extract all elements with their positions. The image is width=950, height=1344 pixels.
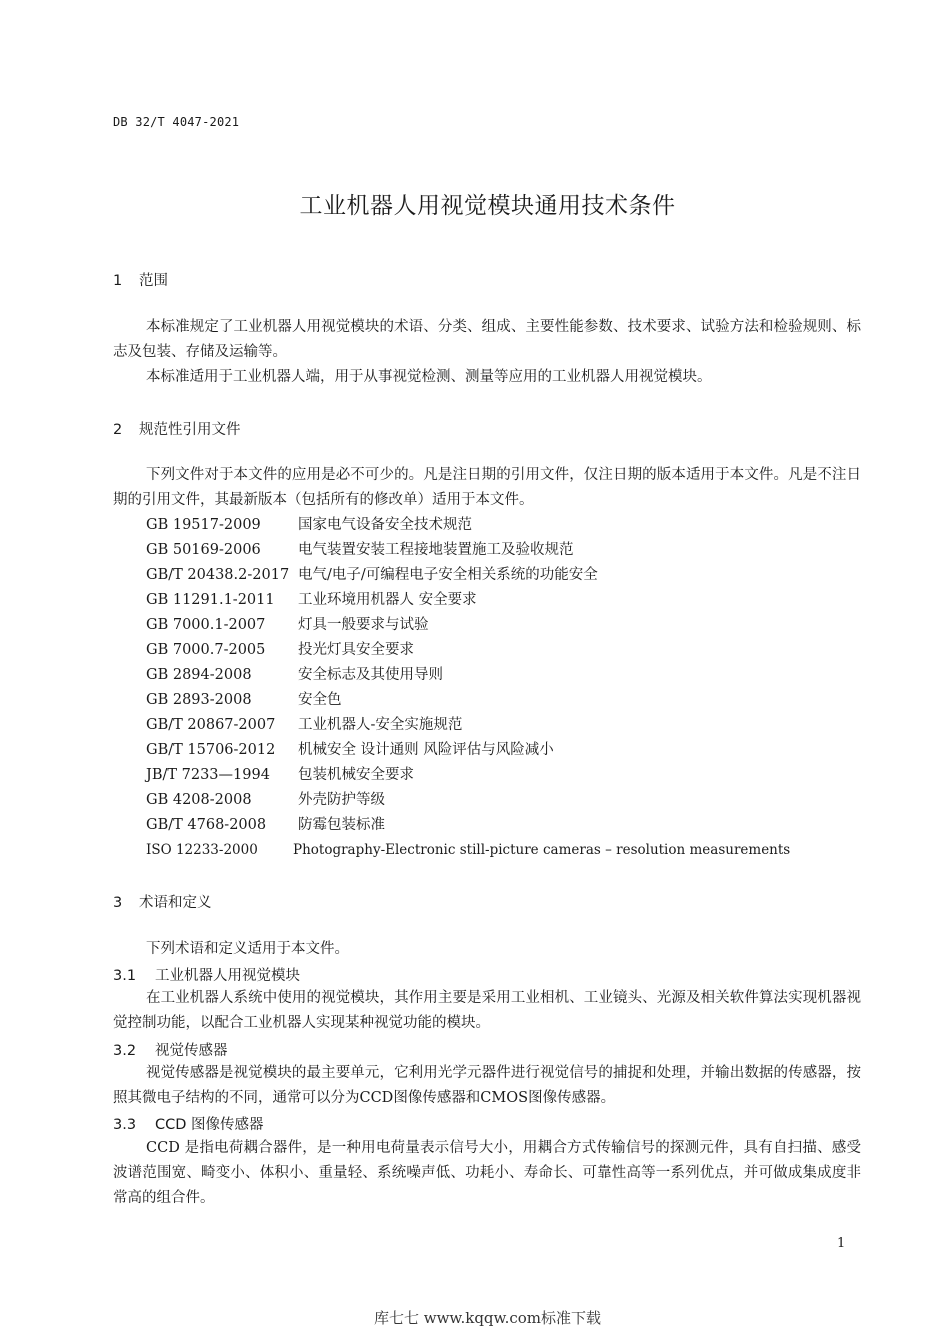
page-title: 工业机器人用视觉模块通用技术条件 (0, 187, 950, 220)
reference-item: GB 2894-2008安全标志及其使用导则 (146, 663, 443, 688)
reference-code: GB 2893-2008 (146, 688, 298, 713)
term-definition: 在工业机器人系统中使用的视觉模块，其作用主要是采用工业相机、工业镜头、光源及相关… (113, 986, 861, 1036)
reference-item: GB 4208-2008外壳防护等级 (146, 788, 385, 813)
reference-code: GB 7000.1-2007 (146, 613, 298, 638)
reference-title: 电气装置安装工程接地装置施工及验收规范 (298, 538, 574, 563)
reference-title: 灯具一般要求与试验 (298, 613, 429, 638)
reference-title: 安全色 (298, 688, 342, 713)
reference-code: GB 50169-2006 (146, 538, 298, 563)
reference-title: Photography-Electronic still-picture cam… (293, 838, 790, 863)
section-title: 术语和定义 (139, 895, 212, 911)
reference-code: GB 7000.7-2005 (146, 638, 298, 663)
reference-code: JB/T 7233—1994 (146, 763, 298, 788)
reference-code: GB 19517-2009 (146, 513, 298, 538)
reference-code: GB/T 15706-2012 (146, 738, 298, 763)
paragraph: 下列术语和定义适用于本文件。 (113, 937, 861, 962)
reference-code: GB/T 4768-2008 (146, 813, 298, 838)
reference-item: ISO 12233-2000Photography-Electronic sti… (146, 838, 790, 863)
reference-item: GB 11291.1-2011工业环境用机器人 安全要求 (146, 588, 477, 613)
reference-title: 国家电气设备安全技术规范 (298, 513, 472, 538)
document-code: DB 32/T 4047-2021 (113, 115, 239, 129)
reference-item: GB/T 20438.2-2017电气/电子/可编程电子安全相关系统的功能安全 (146, 563, 598, 588)
reference-title: 外壳防护等级 (298, 788, 385, 813)
term-3-1-heading: 3.1工业机器人用视觉模块 (113, 964, 300, 985)
section-number: 3 (113, 895, 139, 911)
section-number: 1 (113, 273, 139, 289)
paragraph: 本标准规定了工业机器人用视觉模块的术语、分类、组成、主要性能参数、技术要求、试验… (113, 315, 861, 365)
reference-code: ISO 12233-2000 (146, 838, 293, 863)
reference-title: 包装机械安全要求 (298, 763, 414, 788)
term-definition: 视觉传感器是视觉模块的最主要单元，它利用光学元器件进行视觉信号的捕捉和处理，并输… (113, 1061, 861, 1111)
term-definition: CCD 是指电荷耦合器件，是一种用电荷量表示信号大小，用耦合方式传输信号的探测元… (113, 1136, 861, 1211)
section-1-heading: 1范围 (113, 269, 168, 290)
term-number: 3.2 (113, 1043, 155, 1059)
reference-code: GB/T 20438.2-2017 (146, 563, 298, 588)
reference-title: 电气/电子/可编程电子安全相关系统的功能安全 (298, 563, 598, 588)
reference-title: 投光灯具安全要求 (298, 638, 414, 663)
term-number: 3.3 (113, 1117, 155, 1133)
reference-code: GB 2894-2008 (146, 663, 298, 688)
reference-title: 工业环境用机器人 安全要求 (298, 588, 477, 613)
reference-item: GB/T 15706-2012机械安全 设计通则 风险评估与风险减小 (146, 738, 554, 763)
reference-item: GB/T 4768-2008防霉包装标准 (146, 813, 385, 838)
section-2-heading: 2规范性引用文件 (113, 418, 241, 439)
reference-code: GB/T 20867-2007 (146, 713, 298, 738)
term-3-3-heading: 3.3CCD 图像传感器 (113, 1113, 264, 1134)
term-title: CCD 图像传感器 (155, 1117, 264, 1133)
reference-item: GB 7000.1-2007灯具一般要求与试验 (146, 613, 429, 638)
reference-item: GB 19517-2009国家电气设备安全技术规范 (146, 513, 472, 538)
footer-watermark: 库七七 www.kqqw.com标准下载 (0, 1307, 950, 1328)
reference-item: GB/T 20867-2007工业机器人-安全实施规范 (146, 713, 462, 738)
paragraph: 本标准适用于工业机器人端，用于从事视觉检测、测量等应用的工业机器人用视觉模块。 (113, 365, 861, 390)
reference-title: 安全标志及其使用导则 (298, 663, 443, 688)
paragraph: 下列文件对于本文件的应用是必不可少的。凡是注日期的引用文件，仅注日期的版本适用于… (113, 463, 861, 513)
reference-title: 机械安全 设计通则 风险评估与风险减小 (298, 738, 554, 763)
term-number: 3.1 (113, 968, 155, 984)
reference-item: JB/T 7233—1994包装机械安全要求 (146, 763, 414, 788)
term-title: 工业机器人用视觉模块 (155, 968, 300, 984)
term-title: 视觉传感器 (155, 1043, 228, 1059)
section-number: 2 (113, 422, 139, 438)
reference-title: 防霉包装标准 (298, 813, 385, 838)
reference-item: GB 50169-2006电气装置安装工程接地装置施工及验收规范 (146, 538, 574, 563)
reference-item: GB 2893-2008安全色 (146, 688, 342, 713)
reference-code: GB 11291.1-2011 (146, 588, 298, 613)
reference-item: GB 7000.7-2005投光灯具安全要求 (146, 638, 414, 663)
term-3-2-heading: 3.2视觉传感器 (113, 1039, 228, 1060)
reference-code: GB 4208-2008 (146, 788, 298, 813)
section-title: 规范性引用文件 (139, 422, 241, 438)
reference-title: 工业机器人-安全实施规范 (298, 713, 462, 738)
page-number: 1 (837, 1236, 845, 1251)
section-3-heading: 3术语和定义 (113, 891, 212, 912)
section-title: 范围 (139, 273, 168, 289)
